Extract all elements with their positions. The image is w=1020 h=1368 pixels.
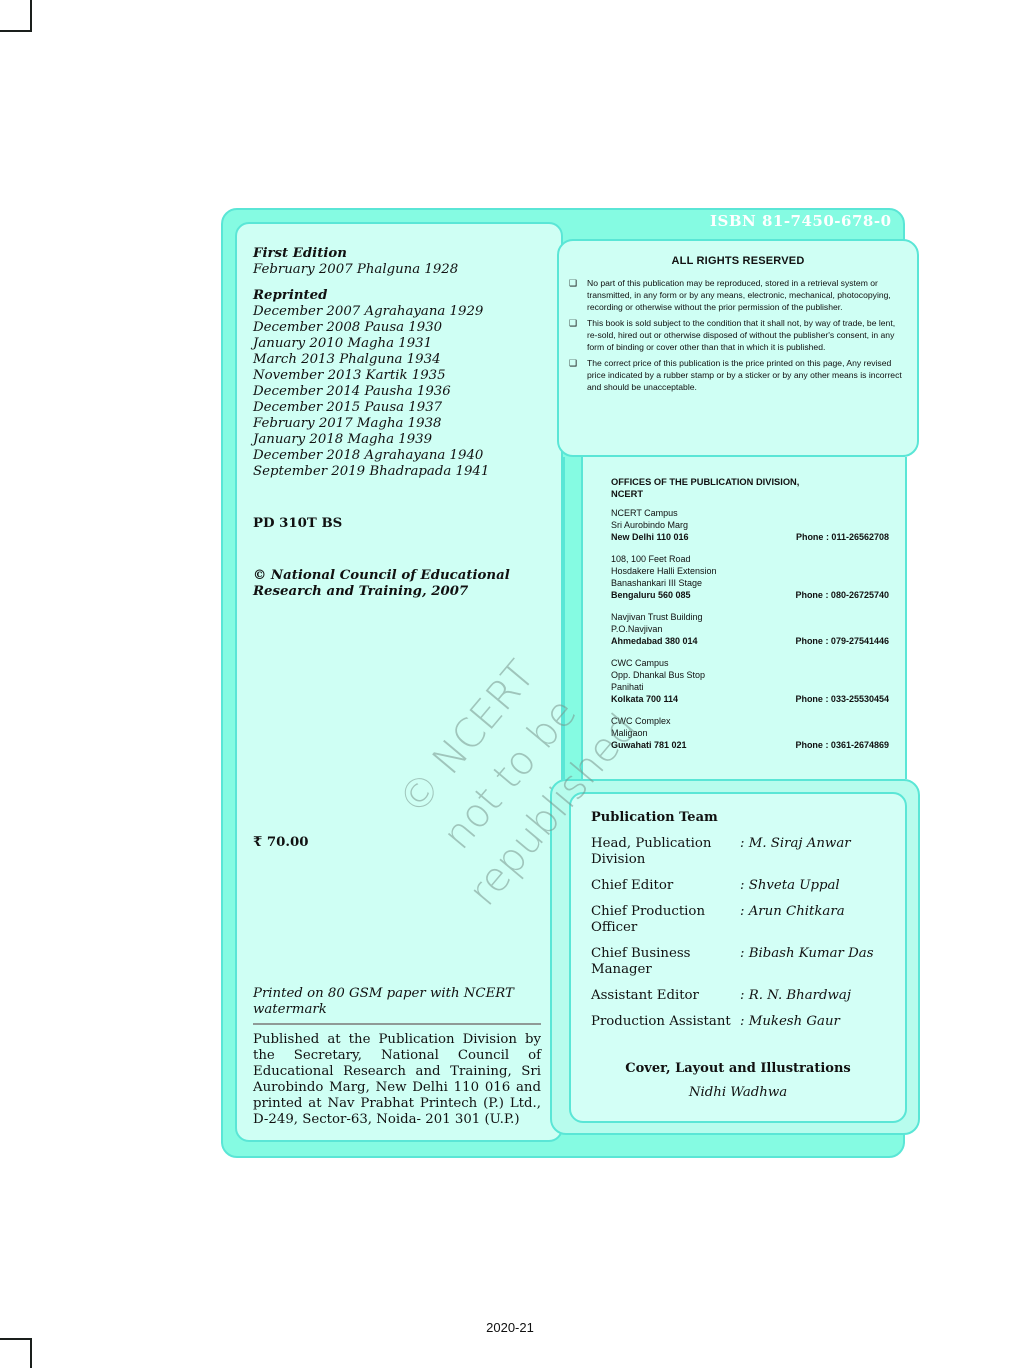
office-address-line: CWC Campus [611,657,881,669]
rights-item: ❑This book is sold subject to the condit… [569,317,904,353]
office-phone: Phone : 079-27541446 [795,635,889,647]
office-phone: Phone : 0361-2674869 [795,739,889,751]
office-address-line: Maligaon [611,727,881,739]
team-role: Production Assistant [591,1014,741,1030]
reprint-entry: November 2013 Kartik 1935 [253,368,545,384]
reprint-entry: December 2018 Agrahayana 1940 [253,448,545,464]
rights-text: The correct price of this publication is… [587,357,904,393]
checkbox-bullet-icon: ❑ [569,357,587,393]
offices-title: OFFICES OF THE PUBLICATION DIVISION, NCE… [611,476,811,500]
team-title: Publication Team [591,810,718,825]
reprint-entry: March 2013 Phalguna 1934 [253,352,545,368]
team-name: : M. Siraj Anwar [740,836,851,852]
team-role: Head, Publication Division [591,836,741,868]
rights-text: This book is sold subject to the conditi… [587,317,904,353]
rights-item: ❑The correct price of this publication i… [569,357,904,393]
office-phone: Phone : 080-26725740 [795,589,889,601]
copyright-line-2: Research and Training, 2007 [253,584,545,600]
reprint-entry: February 2017 Magha 1938 [253,416,545,432]
published-by: Published at the Publication Division by… [253,1032,541,1128]
checkbox-bullet-icon: ❑ [569,317,587,353]
reprint-entry: December 2015 Pausa 1937 [253,400,545,416]
office-address-line: CWC Complex [611,715,881,727]
rights-list: ❑No part of this publication may be repr… [569,277,904,397]
price: ₹ 70.00 [253,835,309,850]
team-name: : Mukesh Gaur [740,1014,840,1030]
copyright-line-1: © National Council of Educational [253,568,545,584]
reprint-entry: December 2007 Agrahayana 1929 [253,304,545,320]
office-address-line: Sri Aurobindo Marg [611,519,881,531]
first-edition-date: February 2007 Phalguna 1928 [253,262,545,278]
team-name: : Shveta Uppal [740,878,840,894]
divider [253,1023,541,1025]
crop-mark-bottom [0,1338,32,1368]
office-address: CWC ComplexMaligaonGuwahati 781 021Phone… [611,715,881,751]
office-address: NCERT CampusSri Aurobindo MargNew Delhi … [611,507,881,543]
publication-code: PD 310T BS [253,516,545,532]
reprint-entry: September 2019 Bhadrapada 1941 [253,464,545,480]
credit-title: Cover, Layout and Illustrations [569,1061,907,1076]
team-name: : Arun Chitkara [740,904,845,920]
rights-item: ❑No part of this publication may be repr… [569,277,904,313]
office-address: 108, 100 Feet RoadHosdakere Halli Extens… [611,553,881,601]
office-address-line: Opp. Dhankal Bus Stop [611,669,881,681]
team-role: Chief Business Manager [591,946,741,978]
reprint-entry: December 2008 Pausa 1930 [253,320,545,336]
rights-panel: ALL RIGHTS RESERVED ❑No part of this pub… [557,239,919,457]
isbn: ISBN 81-7450-678-0 [710,212,892,230]
office-address-line: Navjivan Trust Building [611,611,881,623]
reprint-entry: January 2010 Magha 1931 [253,336,545,352]
office-address-line: Panihati [611,681,881,693]
first-edition-label: First Edition [253,246,545,262]
paper-note: Printed on 80 GSM paper with NCERT water… [253,986,541,1018]
footer-year: 2020-21 [0,1320,1020,1335]
checkbox-bullet-icon: ❑ [569,277,587,313]
team-role: Chief Editor [591,878,741,894]
credit-name: Nidhi Wadhwa [569,1085,907,1100]
team-name: : Bibash Kumar Das [740,946,874,962]
offices-strip [563,457,583,779]
office-phone: Phone : 033-25530454 [795,693,889,705]
office-address: CWC CampusOpp. Dhankal Bus StopPanihatiK… [611,657,881,705]
office-address-line: Hosdakere Halli Extension [611,565,881,577]
team-name: : R. N. Bhardwaj [740,988,851,1004]
reprint-list: December 2007 Agrahayana 1929December 20… [253,304,545,480]
rights-title: ALL RIGHTS RESERVED [559,255,917,267]
reprinted-label: Reprinted [253,288,545,304]
team-role: Chief Production Officer [591,904,741,936]
rights-text: No part of this publication may be repro… [587,277,904,313]
team-role: Assistant Editor [591,988,741,1004]
office-address-line: Banashankari III Stage [611,577,881,589]
office-address-line: P.O.Navjivan [611,623,881,635]
office-address: Navjivan Trust BuildingP.O.NavjivanAhmed… [611,611,881,647]
reprint-entry: December 2014 Pausha 1936 [253,384,545,400]
office-address-line: NCERT Campus [611,507,881,519]
crop-mark-top [0,0,32,32]
offices-panel: OFFICES OF THE PUBLICATION DIVISION, NCE… [581,457,907,779]
office-address-line: 108, 100 Feet Road [611,553,881,565]
edition-content: First Edition February 2007 Phalguna 192… [253,246,545,600]
office-phone: Phone : 011-26562708 [796,531,889,543]
reprint-entry: January 2018 Magha 1939 [253,432,545,448]
